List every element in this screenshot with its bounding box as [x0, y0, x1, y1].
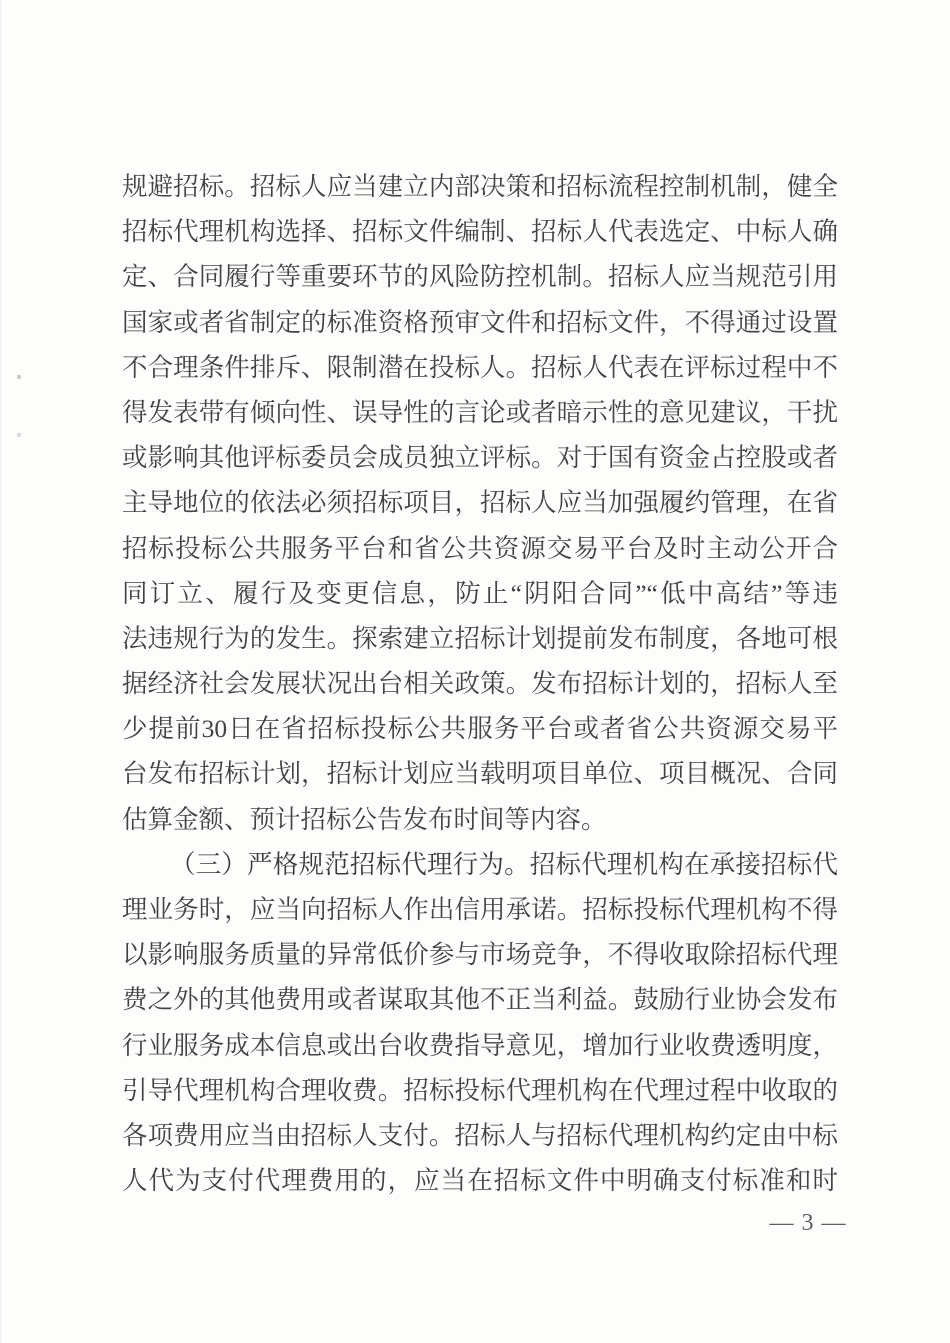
line-text: 人代为支付代理费用的，应当在招标文件中明确支付标准和时	[122, 1166, 838, 1195]
page-number: — 3 —	[763, 1208, 853, 1238]
section-heading: （三）严格规范招标代理行为。	[170, 850, 530, 879]
line-text: 规避招标。招标人应当建立内部决策和招标流程控制机制，健全	[122, 172, 838, 201]
text-line: 估算金额、预计招标公告发布时间等内容。	[122, 797, 838, 842]
line-text: 主导地位的依法必须招标项目，招标人应当加强履约管理，在省	[122, 488, 838, 517]
scan-speck	[17, 375, 21, 379]
line-text: 招标代理机构在承接招标代	[530, 850, 838, 879]
line-text: 各项费用应当由招标人支付。招标人与招标代理机构约定由中标	[122, 1121, 838, 1150]
line-text: 不合理条件排斥、限制潜在投标人。招标人代表在评标过程中不	[122, 353, 838, 382]
line-text: 同订立、履行及变更信息，防止“阴阳合同”“低中高结”等违	[122, 579, 838, 608]
text-line: 得发表带有倾向性、误导性的言论或者暗示性的意见建议，干扰	[122, 390, 838, 435]
text-line: 少提前30日在省招标投标公共服务平台或者省公共资源交易平	[122, 706, 838, 751]
line-text: 国家或者省制定的标准资格预审文件和招标文件，不得通过设置	[122, 308, 838, 337]
line-text: 招标代理机构选择、招标文件编制、招标人代表选定、中标人确	[122, 217, 838, 246]
line-text: 据经济社会发展状况出台相关政策。发布招标计划的，招标人至	[122, 669, 838, 698]
scan-edge-shadow	[0, 0, 2, 1343]
text-line: 理业务时，应当向招标人作出信用承诺。招标投标代理机构不得	[122, 887, 838, 932]
line-text: 定、合同履行等重要环节的风险防控机制。招标人应当规范引用	[122, 262, 838, 291]
line-text: 台发布招标计划，招标计划应当载明项目单位、项目概况、合同	[122, 759, 838, 788]
scanned-document-page: { "page": { "background": "#fdfdfc", "pa…	[0, 0, 950, 1343]
line-text: 理业务时，应当向招标人作出信用承诺。招标投标代理机构不得	[122, 895, 838, 924]
scan-speck	[17, 433, 21, 437]
line-text: 法违规行为的发生。探索建立招标计划提前发布制度，各地可根	[122, 624, 838, 653]
text-line: 行业服务成本信息或出台收费指导意见，增加行业收费透明度，	[122, 1023, 838, 1068]
text-line: 国家或者省制定的标准资格预审文件和招标文件，不得通过设置	[122, 300, 838, 345]
text-line: 定、合同履行等重要环节的风险防控机制。招标人应当规范引用	[122, 254, 838, 299]
text-line: 或影响其他评标委员会成员独立评标。对于国有资金占控股或者	[122, 435, 838, 480]
text-line: 各项费用应当由招标人支付。招标人与招标代理机构约定由中标	[122, 1113, 838, 1158]
line-text: 行业服务成本信息或出台收费指导意见，增加行业收费透明度，	[122, 1031, 838, 1060]
text-line: 主导地位的依法必须招标项目，招标人应当加强履约管理，在省	[122, 480, 838, 525]
line-text: 引导代理机构合理收费。招标投标代理机构在代理过程中收取的	[122, 1076, 838, 1105]
line-text: 招标投标公共服务平台和省公共资源交易平台及时主动公开合	[122, 534, 838, 563]
text-line: 同订立、履行及变更信息，防止“阴阳合同”“低中高结”等违	[122, 571, 838, 616]
line-text: 少提前30日在省招标投标公共服务平台或者省公共资源交易平	[122, 714, 838, 743]
text-line: 法违规行为的发生。探索建立招标计划提前发布制度，各地可根	[122, 616, 838, 661]
line-text: 或影响其他评标委员会成员独立评标。对于国有资金占控股或者	[122, 443, 838, 472]
text-line: 据经济社会发展状况出台相关政策。发布招标计划的，招标人至	[122, 661, 838, 706]
paragraph-start-line: （三）严格规范招标代理行为。招标代理机构在承接招标代	[122, 842, 838, 887]
text-line: 以影响服务质量的异常低价参与市场竞争，不得收取除招标代理	[122, 932, 838, 977]
line-text: 得发表带有倾向性、误导性的言论或者暗示性的意见建议，干扰	[122, 398, 838, 427]
text-line: 招标代理机构选择、招标文件编制、招标人代表选定、中标人确	[122, 209, 838, 254]
text-line: 人代为支付代理费用的，应当在招标文件中明确支付标准和时	[122, 1158, 838, 1203]
document-body-text: 规避招标。招标人应当建立内部决策和招标流程控制机制，健全招标代理机构选择、招标文…	[122, 164, 838, 1203]
line-text: 以影响服务质量的异常低价参与市场竞争，不得收取除招标代理	[122, 940, 838, 969]
text-line: 招标投标公共服务平台和省公共资源交易平台及时主动公开合	[122, 526, 838, 571]
line-text: 费之外的其他费用或者谋取其他不正当利益。鼓励行业协会发布	[122, 985, 838, 1014]
text-line: 费之外的其他费用或者谋取其他不正当利益。鼓励行业协会发布	[122, 977, 838, 1022]
text-line: 台发布招标计划，招标计划应当载明项目单位、项目概况、合同	[122, 751, 838, 796]
text-line: 规避招标。招标人应当建立内部决策和招标流程控制机制，健全	[122, 164, 838, 209]
text-line: 不合理条件排斥、限制潜在投标人。招标人代表在评标过程中不	[122, 345, 838, 390]
line-text: 估算金额、预计招标公告发布时间等内容。	[122, 805, 607, 834]
text-line: 引导代理机构合理收费。招标投标代理机构在代理过程中收取的	[122, 1068, 838, 1113]
